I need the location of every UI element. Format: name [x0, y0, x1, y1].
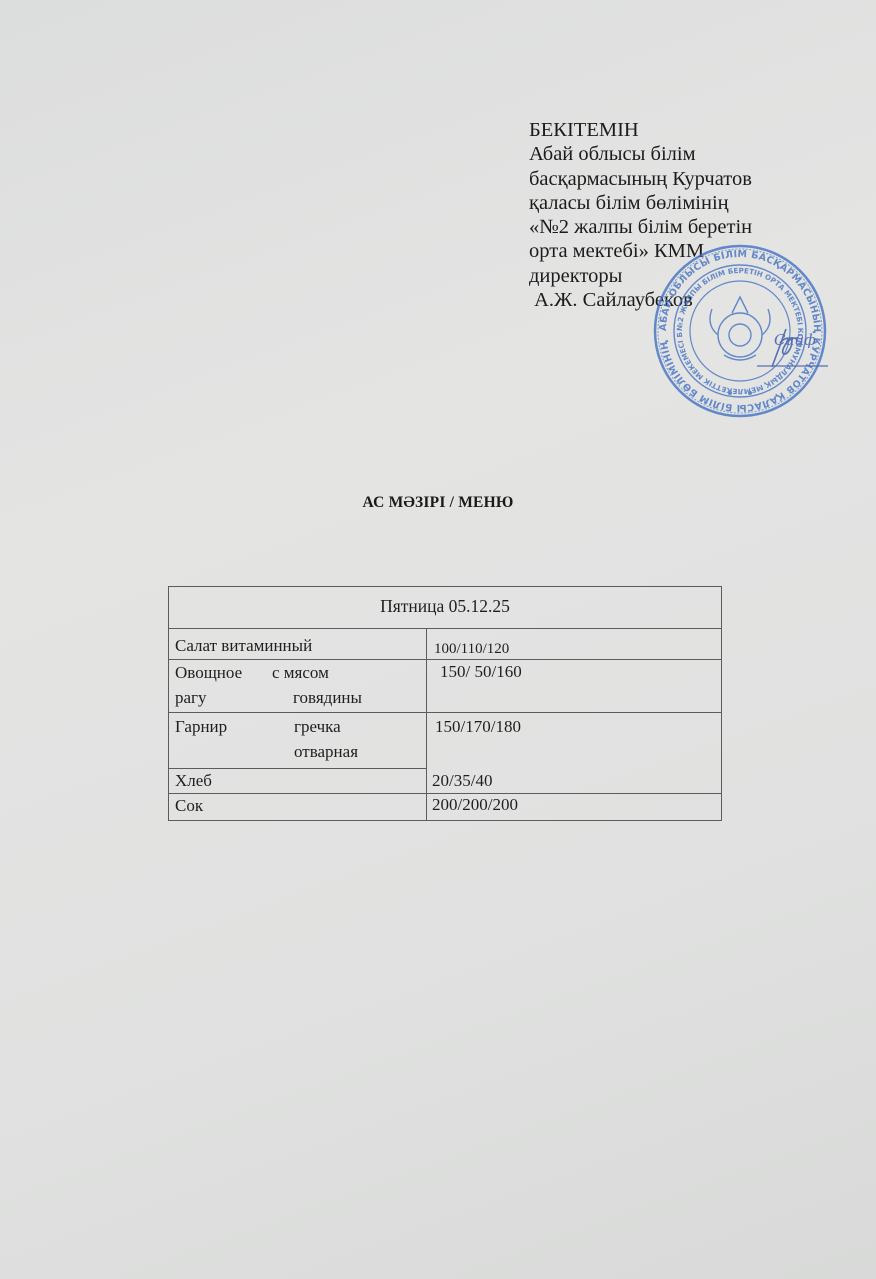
approval-line: Абай облысы білім — [529, 142, 849, 166]
dish-name: с мясом — [272, 663, 329, 683]
dish-name: Сок — [175, 796, 203, 816]
dish-name: Салат витаминный — [175, 636, 312, 656]
dish-name: Хлеб — [175, 771, 212, 791]
dish-name: Овощное — [175, 663, 242, 683]
row-divider — [169, 768, 427, 769]
approval-line: басқармасының Курчатов — [529, 167, 849, 191]
dish-weight: 150/ 50/160 — [440, 662, 522, 682]
approval-line: директоры — [529, 264, 849, 288]
dish-weight: 20/35/40 — [432, 771, 492, 791]
row-divider — [169, 712, 721, 713]
row-divider — [169, 628, 721, 629]
signature: Сайф — [774, 331, 816, 349]
approval-line: «№2 жалпы білім беретін — [529, 215, 849, 239]
director-name: А.Ж. Сайлаубеков — [529, 288, 849, 312]
dish-name: отварная — [294, 742, 358, 762]
approval-block: БЕКІТЕМІН Абай облысы білім басқармасыны… — [529, 118, 849, 312]
dish-weight: 150/170/180 — [435, 717, 521, 737]
page-title: АС МӘЗІРІ / МЕНЮ — [0, 494, 876, 512]
approval-line: қаласы білім бөлімінің — [529, 191, 849, 215]
dish-weight: 100/110/120 — [434, 639, 509, 659]
approval-heading: БЕКІТЕМІН — [529, 118, 849, 142]
approval-line: орта мектебі» КММ — [529, 239, 849, 263]
row-divider — [169, 659, 721, 660]
menu-table: Пятница 05.12.25 Салат витаминный 100/11… — [168, 586, 722, 821]
column-divider — [426, 628, 427, 820]
dish-name: гречка — [294, 717, 341, 737]
row-divider — [169, 793, 721, 794]
dish-weight: 200/200/200 — [432, 795, 518, 815]
dish-name: Гарнир — [175, 717, 227, 737]
dish-name: рагу — [175, 688, 207, 708]
table-header-date: Пятница 05.12.25 — [169, 587, 721, 628]
dish-name: говядины — [293, 688, 362, 708]
